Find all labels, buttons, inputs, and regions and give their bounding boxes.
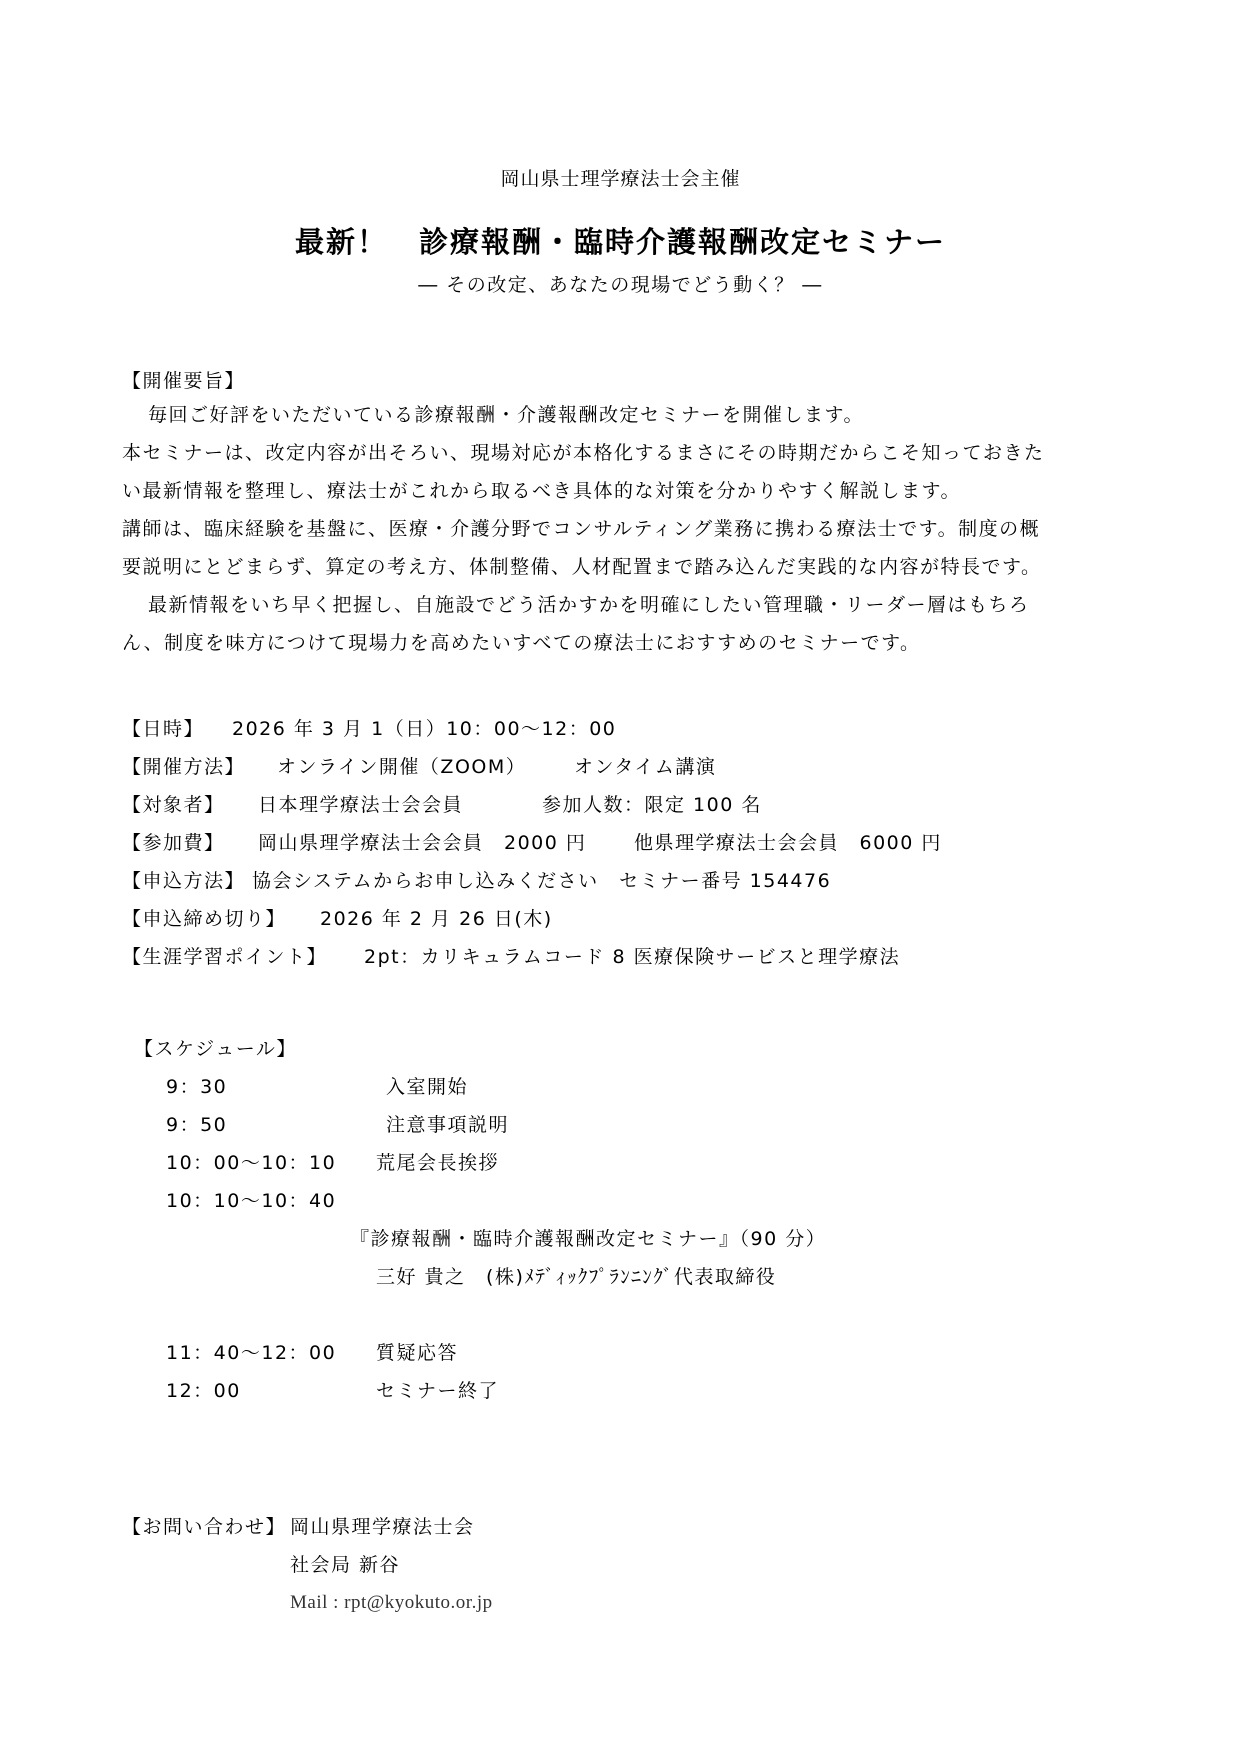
- lecture-title-row: 『診療報酬・臨時介護報酬改定セミナー』（90 分）: [0, 1220, 1241, 1258]
- schedule-item: 9：50 注意事項説明: [0, 1106, 1241, 1144]
- page-subtitle: ― その改定、あなたの現場でどう動く？ ―: [0, 270, 1241, 297]
- organizer-line: 岡山県士理学療法士会主催: [0, 164, 1241, 191]
- detail-value: 協会システムからお申し込みください セミナー番号 154476: [252, 862, 831, 900]
- purpose-line: 毎回ご好評をいただいている診療報酬・介護報酬改定セミナーを開催します。: [122, 396, 1122, 434]
- purpose-heading: 【開催要旨】: [122, 362, 245, 400]
- schedule-time: 9：30: [166, 1068, 227, 1106]
- contact-org-row: 【お問い合わせ】 岡山県理学療法士会: [122, 1508, 1122, 1546]
- purpose-line: 最新情報をいち早く把握し、自施設でどう活かすかを明確にしたい管理職・リーダー層は…: [122, 586, 1122, 624]
- schedule-time: 11：40～12：00: [166, 1334, 336, 1372]
- contact-dept-row: 社会局 新谷: [122, 1546, 1122, 1584]
- detail-label: 【対象者】: [122, 786, 225, 824]
- detail-value: 2026 年 3 月 1（日）10：00～12：00: [232, 710, 616, 748]
- schedule-item: 11：40～12：00 質疑応答: [0, 1334, 1241, 1372]
- page-title: 最新！ 診療報酬・臨時介護報酬改定セミナー: [0, 220, 1241, 261]
- detail-label: 【申込方法】: [122, 862, 245, 900]
- schedule-event: 入室開始: [386, 1068, 468, 1106]
- detail-label: 【日時】: [122, 710, 204, 748]
- detail-extra: 他県理学療法士会会員 6000 円: [634, 824, 942, 862]
- detail-label: 【生涯学習ポイント】: [122, 938, 327, 976]
- schedule-item: 10：00～10：10 荒尾会長挨拶: [0, 1144, 1241, 1182]
- detail-label: 【申込締め切り】: [122, 900, 286, 938]
- schedule-event: 荒尾会長挨拶: [376, 1144, 499, 1182]
- detail-value: オンライン開催（ZOOM）: [277, 748, 526, 786]
- schedule-time: 12：00: [166, 1372, 241, 1410]
- lecture-title: 『診療報酬・臨時介護報酬改定セミナー』（90 分）: [350, 1220, 826, 1258]
- purpose-line: 本セミナーは、改定内容が出そろい、現場対応が本格化するまさにその時期だからこそ知…: [122, 434, 1122, 472]
- schedule-event: セミナー終了: [376, 1372, 499, 1410]
- contact-dept: 社会局 新谷: [290, 1546, 400, 1584]
- schedule-item: 12：00 セミナー終了: [0, 1372, 1241, 1410]
- flyer-page: 岡山県士理学療法士会主催 最新！ 診療報酬・臨時介護報酬改定セミナー ― その改…: [0, 0, 1241, 1755]
- contact-label: 【お問い合わせ】: [122, 1508, 286, 1546]
- purpose-paragraph: 毎回ご好評をいただいている診療報酬・介護報酬改定セミナーを開催します。 本セミナ…: [122, 396, 1122, 662]
- schedule-time: 9：50: [166, 1106, 227, 1144]
- purpose-line: 要説明にとどまらず、算定の考え方、体制整備、人材配置まで踏み込んだ実践的な内容が…: [122, 548, 1122, 586]
- lecturer-row: 三好 貴之 (株)ﾒﾃﾞｨｯｸﾌﾟﾗﾝﾆﾝｸﾞ代表取締役: [0, 1258, 1241, 1296]
- schedule-list: 9：30 入室開始 9：50 注意事項説明 10：00～10：10 荒尾会長挨拶…: [0, 1068, 1241, 1410]
- schedule-event: 質疑応答: [376, 1334, 458, 1372]
- contact-block: 【お問い合わせ】 岡山県理学療法士会 社会局 新谷 Mail : rpt@kyo…: [122, 1508, 1122, 1622]
- detail-value: 2pt：カリキュラムコード 8 医療保険サービスと理学療法: [364, 938, 900, 976]
- detail-extra: 参加人数：限定 100 名: [542, 786, 762, 824]
- schedule-item: 10：10～10：40: [0, 1182, 1241, 1220]
- schedule-item: 9：30 入室開始: [0, 1068, 1241, 1106]
- detail-label: 【参加費】: [122, 824, 225, 862]
- schedule-time: 10：10～10：40: [166, 1182, 336, 1220]
- detail-extra: オンタイム講演: [574, 748, 716, 786]
- schedule-heading: 【スケジュール】: [134, 1030, 297, 1068]
- schedule-event: 注意事項説明: [386, 1106, 509, 1144]
- lecturer-name: 三好 貴之 (株)ﾒﾃﾞｨｯｸﾌﾟﾗﾝﾆﾝｸﾞ代表取締役: [376, 1258, 776, 1296]
- schedule-spacer: [0, 1296, 1241, 1334]
- purpose-line: 講師は、臨床経験を基盤に、医療・介護分野でコンサルティング業務に携わる療法士です…: [122, 510, 1122, 548]
- detail-label: 【開催方法】: [122, 748, 245, 786]
- purpose-line: ん、制度を味方につけて現場力を高めたいすべての療法士におすすめのセミナーです。: [122, 624, 1122, 662]
- purpose-line: い最新情報を整理し、療法士がこれから取るべき具体的な対策を分かりやすく解説します…: [122, 472, 1122, 510]
- contact-mail-link[interactable]: Mail : rpt@kyokuto.or.jp: [290, 1584, 493, 1622]
- contact-org: 岡山県理学療法士会: [290, 1508, 475, 1546]
- schedule-time: 10：00～10：10: [166, 1144, 336, 1182]
- detail-value: 2026 年 2 月 26 日(木): [320, 900, 553, 938]
- contact-mail-row: Mail : rpt@kyokuto.or.jp: [122, 1584, 1122, 1622]
- detail-value: 日本理学療法士会会員: [258, 786, 463, 824]
- detail-value: 岡山県理学療法士会会員 2000 円: [258, 824, 586, 862]
